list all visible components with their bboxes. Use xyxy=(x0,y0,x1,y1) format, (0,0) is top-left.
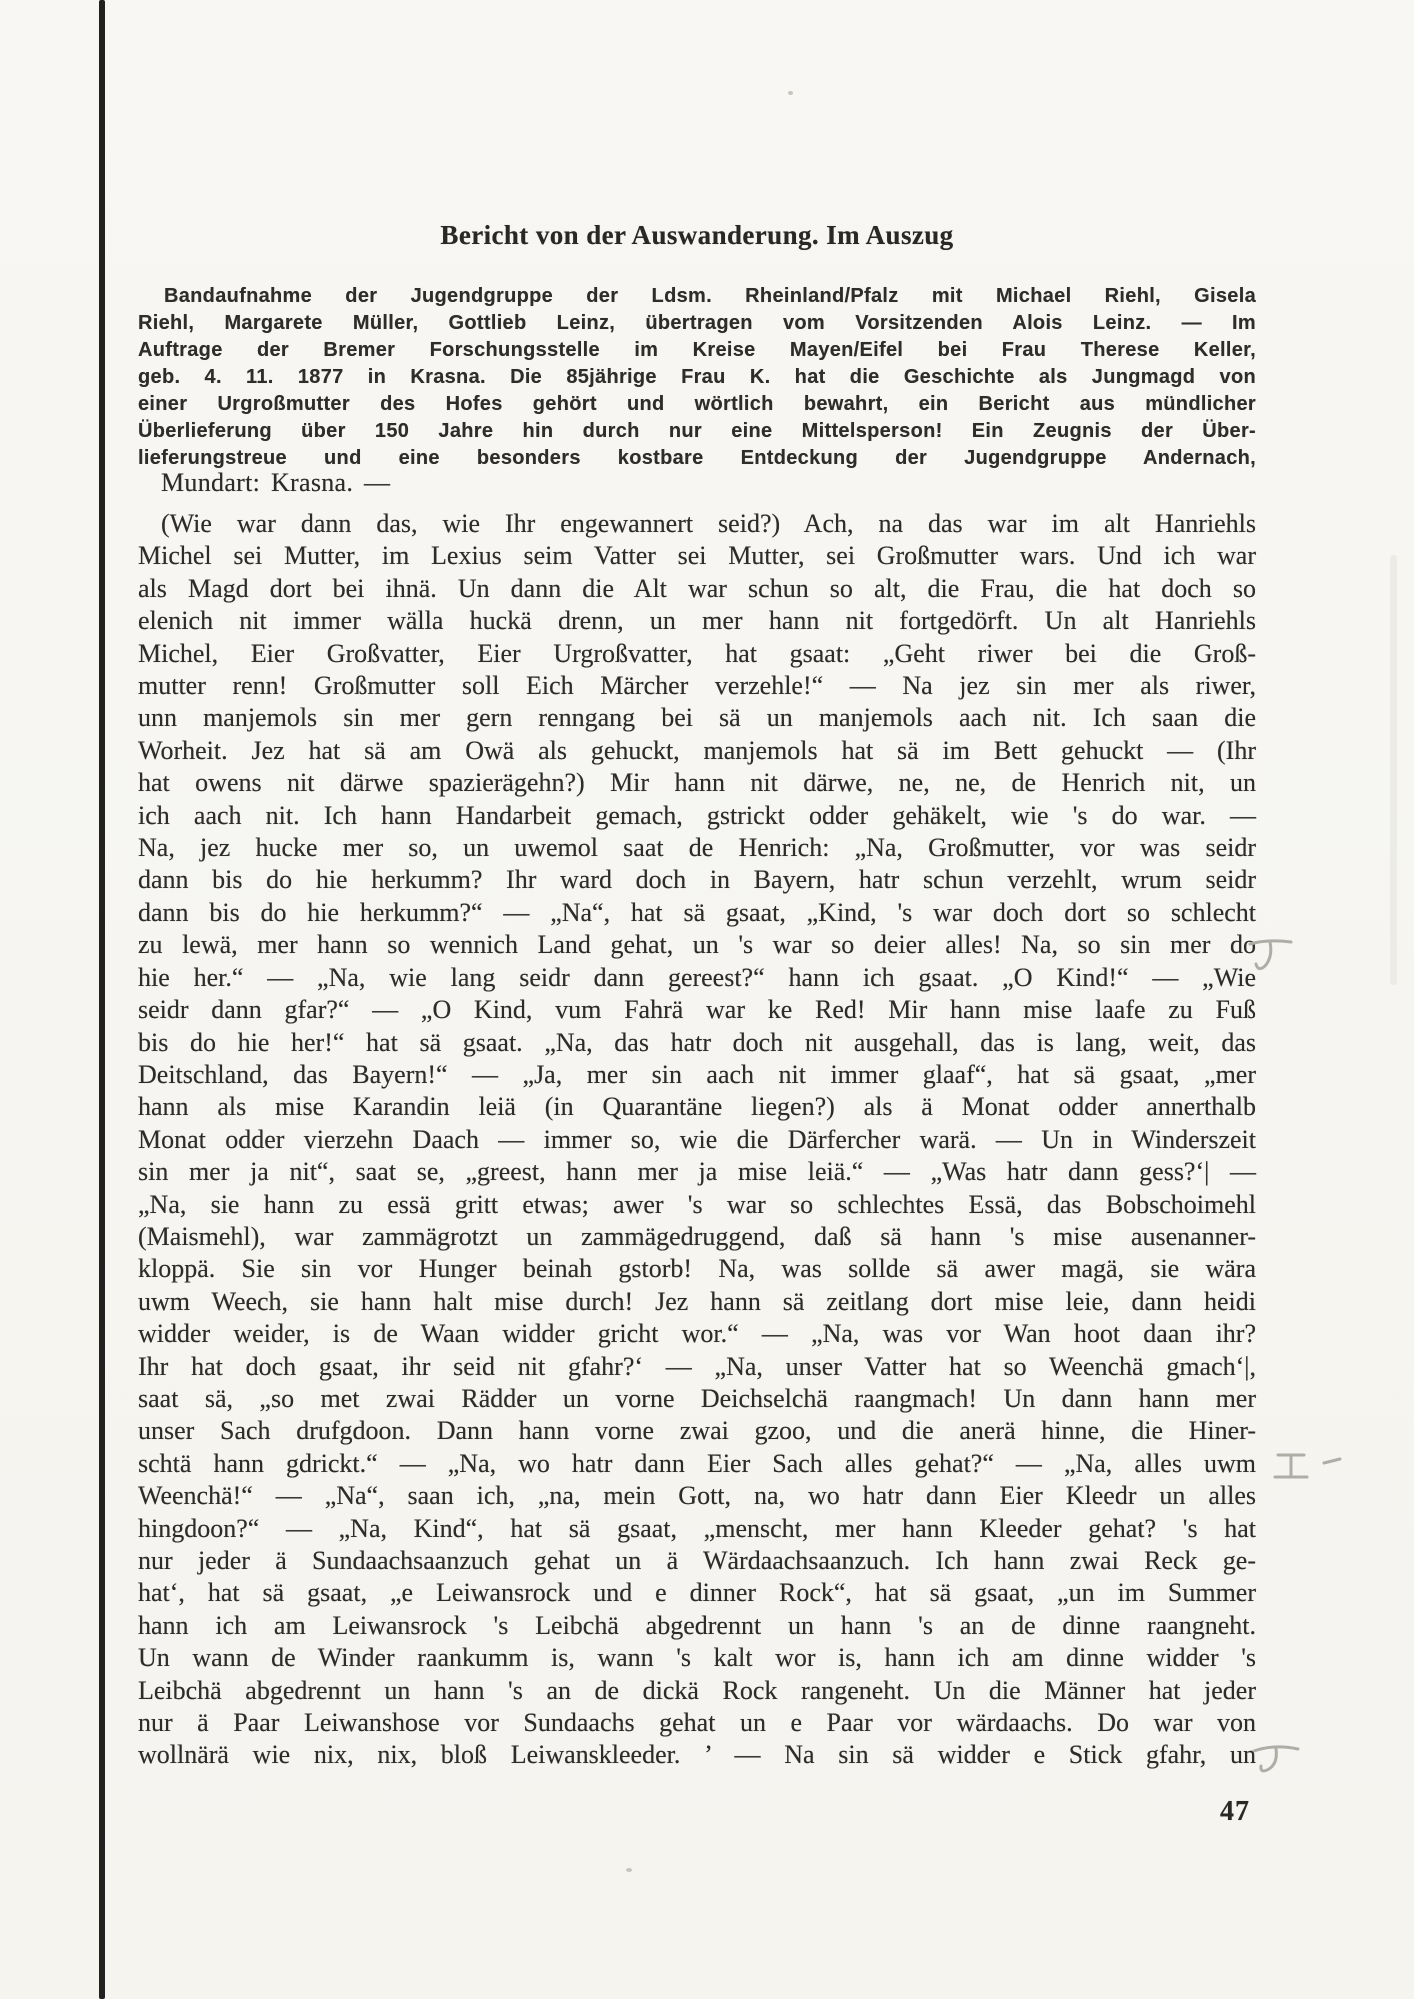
intro-line: geb. 4. 11. 1877 in Krasna. Die 85jährig… xyxy=(138,364,1256,391)
body-line: „Na, sie hann zu essä gritt etwas; awer … xyxy=(138,1189,1256,1221)
body-line: saat sä, „so met zwai Rädder un vorne De… xyxy=(138,1383,1256,1415)
dialect-note: Mundart: Krasna. — xyxy=(138,468,1256,498)
intro-paragraph: Bandaufnahme der Jugendgruppe der Ldsm. … xyxy=(138,283,1256,472)
intro-line: einer Urgroßmutter des Hofes gehört und … xyxy=(138,391,1256,418)
body-line: dann bis do hie herkumm?“ — „Na“, hat sä… xyxy=(138,897,1256,929)
body-line: Michel sei Mutter, im Lexius seim Vatter… xyxy=(138,540,1256,572)
body-line: Michel, Eier Großvatter, Eier Urgroßvatt… xyxy=(138,638,1256,670)
scanned-book-page: Bericht von der Auswanderung. Im Auszug … xyxy=(0,0,1414,1999)
body-line: hann als mise Karandin leiä (in Quarantä… xyxy=(138,1091,1256,1123)
body-line: schtä hann gdrickt.“ — „Na, wo hatr dann… xyxy=(138,1448,1256,1480)
pencil-tick-mark-icon xyxy=(1246,933,1298,977)
body-line: elenich nit immer wälla huckä drenn, un … xyxy=(138,605,1256,637)
body-line: Weenchä!“ — „Na“, saan ich, „na, mein Go… xyxy=(138,1480,1256,1512)
body-line: Ihr hat doch gsaat, ihr seid nit gfahr?‘… xyxy=(138,1351,1256,1383)
body-line: Na, jez hucke mer so, un uwemol saat de … xyxy=(138,832,1256,864)
body-paragraph: (Wie war dann das, wie Ihr engewannert s… xyxy=(138,508,1256,1772)
body-line: Deitschland, das Bayern!“ — „Ja, mer sin… xyxy=(138,1059,1256,1091)
intro-line: Überlieferung über 150 Jahre hin durch n… xyxy=(138,418,1256,445)
body-line: unn manjemols sin mer gern renngang bei … xyxy=(138,702,1256,734)
scan-streak-artifact xyxy=(1390,555,1397,985)
pencil-capital-i-mark-icon xyxy=(1272,1448,1344,1484)
body-line: hat‘, hat sä gsaat, „e Leiwansrock und e… xyxy=(138,1577,1256,1609)
body-line: kloppä. Sie sin vor Hunger beinah gstorb… xyxy=(138,1253,1256,1285)
paper-speck xyxy=(626,1868,632,1872)
paper-speck xyxy=(788,91,793,95)
body-line: nur jeder ä Sundaachsaanzuch gehat un ä … xyxy=(138,1545,1256,1577)
body-line: (Wie war dann das, wie Ihr engewannert s… xyxy=(138,508,1256,540)
body-line: ich aach nit. Ich hann Handarbeit gemach… xyxy=(138,800,1256,832)
body-line: zu lewä, mer hann so wennich Land gehat,… xyxy=(138,929,1256,961)
page-title: Bericht von der Auswanderung. Im Auszug xyxy=(138,220,1256,251)
body-line: nur ä Paar Leiwanshose vor Sundaachs geh… xyxy=(138,1707,1256,1739)
page-number: 47 xyxy=(1220,1796,1250,1828)
intro-line: Riehl, Margarete Müller, Gottlieb Leinz,… xyxy=(138,310,1256,337)
body-line: Monat odder vierzehn Daach — immer so, w… xyxy=(138,1124,1256,1156)
body-line: hat owens nit därwe spazierägehn?) Mir h… xyxy=(138,767,1256,799)
body-line: (Maismehl), war zammägrotzt un zammägedr… xyxy=(138,1221,1256,1253)
body-line: bis do hie her!“ hat sä gsaat. „Na, das … xyxy=(138,1027,1256,1059)
body-line: widder weider, is de Waan widder gricht … xyxy=(138,1318,1256,1350)
body-line: hann ich am Leiwansrock 's Leibchä abged… xyxy=(138,1610,1256,1642)
intro-line: Bandaufnahme der Jugendgruppe der Ldsm. … xyxy=(138,283,1256,310)
body-line: seidr dann gfar?“ — „O Kind, vum Fahrä w… xyxy=(138,994,1256,1026)
body-line: sin mer ja nit“, saat se, „greest, hann … xyxy=(138,1156,1256,1188)
scan-edge-shadow xyxy=(99,0,105,1999)
body-line: Leibchä abgedrennt un hann 's an de dick… xyxy=(138,1675,1256,1707)
body-line: Worheit. Jez hat sä am Owä als gehuckt, … xyxy=(138,735,1256,767)
body-line: Un wann de Winder raankumm is, wann 's k… xyxy=(138,1642,1256,1674)
body-line: als Magd dort bei ihnä. Un dann die Alt … xyxy=(138,573,1256,605)
pencil-tick-mark-icon xyxy=(1248,1738,1304,1780)
body-line: unser Sach drufgdoon. Dann hann vorne zw… xyxy=(138,1415,1256,1447)
body-line: hie her.“ — „Na, wie lang seidr dann ger… xyxy=(138,962,1256,994)
body-line: wollnärä wie nix, nix, bloß Leiwanskleed… xyxy=(138,1739,1256,1771)
body-line: dann bis do hie herkumm? Ihr ward doch i… xyxy=(138,864,1256,896)
body-line: uwm Weech, sie hann halt mise durch! Jez… xyxy=(138,1286,1256,1318)
body-line: mutter renn! Großmutter soll Eich Märche… xyxy=(138,670,1256,702)
intro-line: Auftrage der Bremer Forschungsstelle im … xyxy=(138,337,1256,364)
body-line: hingdoon?“ — „Na, Kind“, hat sä gsaat, „… xyxy=(138,1513,1256,1545)
